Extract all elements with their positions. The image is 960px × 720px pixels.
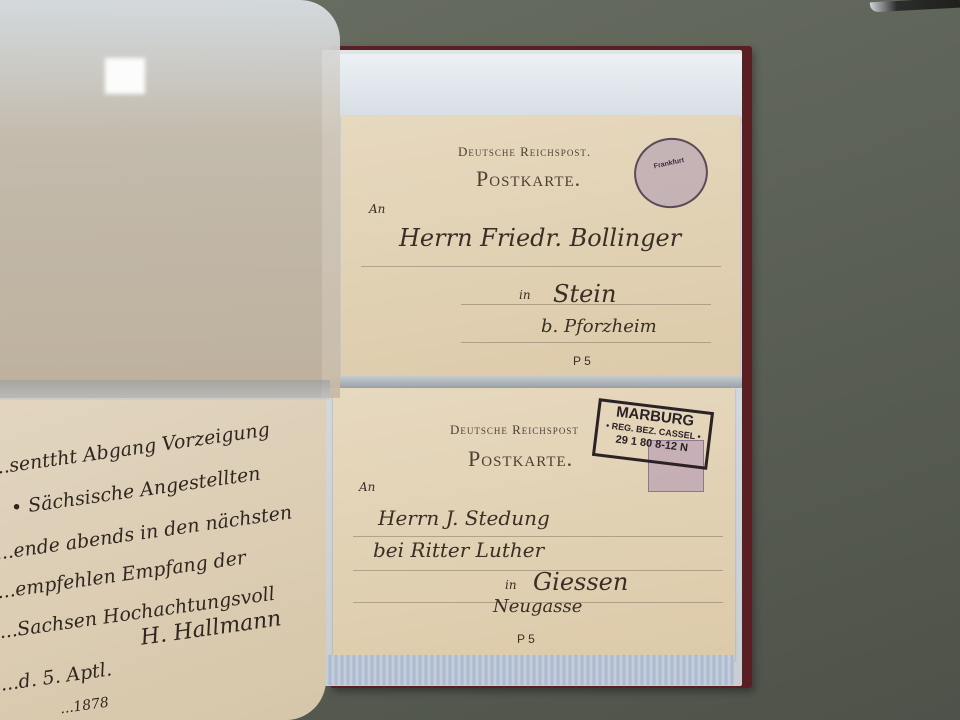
plastic-sleeve-left xyxy=(0,0,340,398)
address-prefix: An xyxy=(369,202,385,216)
place-prefix: in xyxy=(519,288,531,302)
letter-line: ...1878 xyxy=(59,695,110,718)
sleeve-divider xyxy=(330,376,742,388)
postmark-city: Frankfurt xyxy=(640,154,698,173)
address-rule xyxy=(361,266,721,267)
sleeve-edge xyxy=(0,380,330,400)
place-name: Giessen xyxy=(533,568,628,596)
plastic-sleeve-top xyxy=(338,54,742,124)
recipient-line2: bei Ritter Luther xyxy=(373,538,544,562)
place-detail: b. Pforzheim xyxy=(541,316,657,337)
letter-line: ...d. 5. Aptl. xyxy=(0,658,113,695)
pen xyxy=(870,0,960,12)
postcard-title: Postkarte. xyxy=(468,446,573,472)
postcard-header: Deutsche Reichspost xyxy=(450,422,579,438)
recipient-line1: Herrn J. Stedung xyxy=(378,506,550,530)
sleeve-perforated-edge xyxy=(318,655,734,685)
address-rule xyxy=(461,304,711,305)
light-glare xyxy=(105,58,145,94)
catalog-note: P 5 xyxy=(517,632,535,646)
catalog-note: P 5 xyxy=(573,354,591,368)
address-rule xyxy=(353,536,723,537)
place-prefix: in xyxy=(505,578,517,592)
handwritten-letter: ...senttht Abgang Vorzeigung • Sächsisch… xyxy=(0,398,326,720)
address-prefix: An xyxy=(359,480,375,494)
recipient-name: Herrn Friedr. Bollinger xyxy=(399,224,681,252)
postcard-title: Postkarte. xyxy=(476,166,581,192)
place-detail: Neugasse xyxy=(493,596,582,617)
postcard-header: Deutsche Reichspost. xyxy=(458,144,591,160)
address-rule xyxy=(461,342,711,343)
